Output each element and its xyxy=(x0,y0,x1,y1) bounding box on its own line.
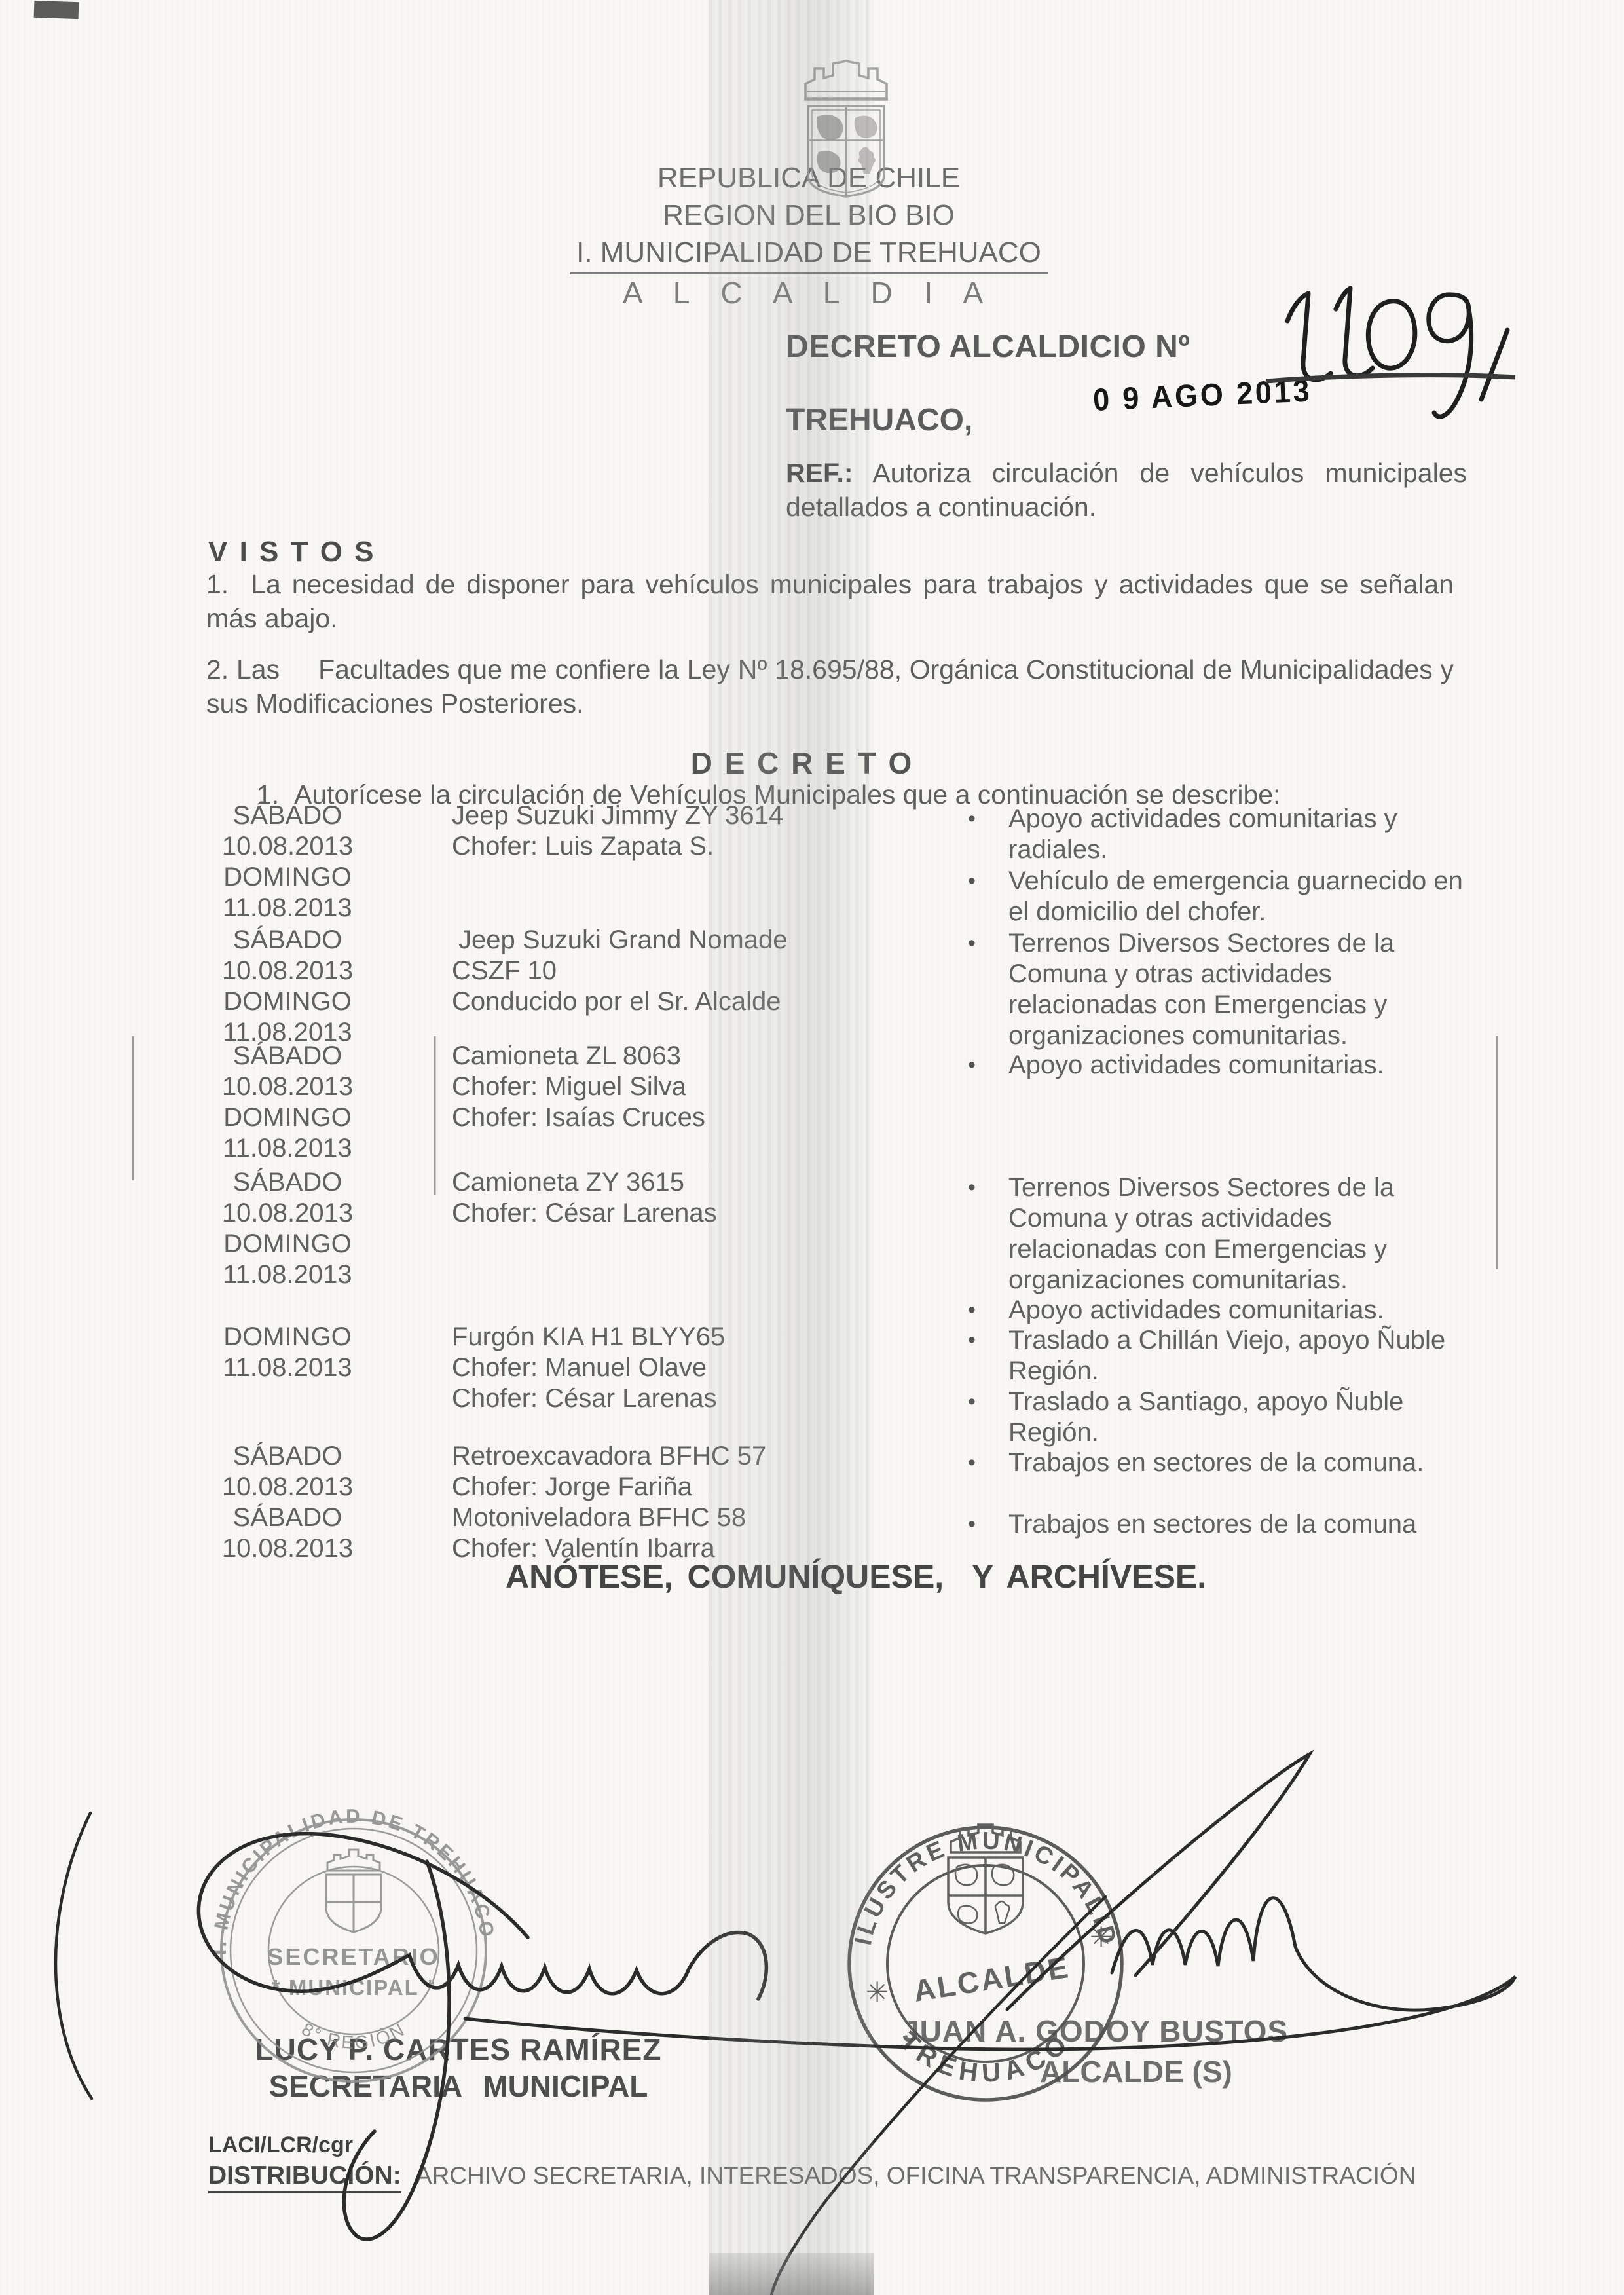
schedule-row-1-vehicle: Jeep Suzuki Jimmy ZY 3614 Chofer: Luis Z… xyxy=(452,800,989,862)
header-office: A L C A L D I A xyxy=(478,274,1139,312)
date-line: SÁBADO xyxy=(215,1441,360,1472)
decree-title: DECRETO ALCALDICIO Nº xyxy=(786,329,1190,365)
date-line: SÁBADO xyxy=(215,925,360,956)
task-item: • Apoyo actividades comunitarias. xyxy=(968,1050,1480,1081)
date-line: DOMINGO xyxy=(215,1322,360,1353)
date-line: 10.08.2013 xyxy=(215,1072,360,1102)
stamp-ring-text: I. MUNICIPALIDAD DE TREHUACO xyxy=(209,1806,498,1955)
date-line: 11.08.2013 xyxy=(215,1133,360,1164)
task-item: • Traslado a Santiago, apoyo Ñuble Regió… xyxy=(968,1387,1480,1448)
svg-text:I. MUNICIPALIDAD DE TREHUACO: I. MUNICIPALIDAD DE TREHUACO xyxy=(209,1806,498,1955)
secretary-name: LUCY P. CARTES RAMÍREZ xyxy=(236,2032,681,2067)
schedule-row-4-vehicle: Camioneta ZY 3615 Chofer: César Larenas xyxy=(452,1167,989,1229)
bullet-icon: • xyxy=(968,928,1008,1051)
date-line: 11.08.2013 xyxy=(215,1259,360,1290)
date-line: SÁBADO xyxy=(215,1167,360,1198)
stamp-center-line1: SECRETARIO xyxy=(267,1943,439,1970)
vehicle-line: Furgón KIA H1 BLYY65 xyxy=(452,1322,989,1353)
date-line: 10.08.2013 xyxy=(215,831,360,862)
bullet-icon: • xyxy=(968,804,1008,865)
decree-document-page: REPUBLICA DE CHILE REGION DEL BIO BIO I.… xyxy=(0,0,1624,2295)
date-line: 10.08.2013 xyxy=(215,1198,360,1229)
decree-reference: REF.: Autoriza circulación de vehículos … xyxy=(786,456,1467,524)
vistos-heading: V I S T O S xyxy=(208,536,376,569)
date-line: 10.08.2013 xyxy=(215,956,360,986)
bullet-icon: • xyxy=(968,1387,1008,1448)
stamp-star-icon: ✳ xyxy=(866,1977,889,2007)
header-municipality: I. MUNICIPALIDAD DE TREHUACO xyxy=(570,234,1048,274)
vehicle-line: Chofer: Miguel Silva xyxy=(452,1072,989,1102)
document-header: REPUBLICA DE CHILE REGION DEL BIO BIO I.… xyxy=(478,159,1139,312)
schedule-row-6-vehicle: Retroexcavadora BFHC 57 Chofer: Jorge Fa… xyxy=(452,1441,989,1502)
vehicle-line: CSZF 10 xyxy=(452,956,989,986)
ref-label: REF.: xyxy=(786,458,853,488)
scan-corner-artifact xyxy=(34,1,79,19)
scan-crease-band-bottom xyxy=(709,2253,874,2295)
date-line: DOMINGO xyxy=(215,986,360,1017)
date-line: DOMINGO xyxy=(215,862,360,893)
decreto-heading: D E C R E T O xyxy=(671,745,933,781)
bullet-icon: • xyxy=(968,1050,1008,1081)
vehicle-line: Jeep Suzuki Jimmy ZY 3614 xyxy=(452,800,989,831)
bullet-icon: • xyxy=(968,1509,1008,1540)
schedule-row-3-dates: SÁBADO 10.08.2013 DOMINGO 11.08.2013 xyxy=(215,1041,360,1164)
date-line: 11.08.2013 xyxy=(215,1353,360,1383)
date-line: SÁBADO xyxy=(215,1502,360,1533)
decree-place: TREHUACO, xyxy=(786,402,972,438)
date-received-stamp: 0 9 AGO 2013 xyxy=(1092,373,1312,419)
ref-text: Autoriza circulación de vehículos munici… xyxy=(786,458,1467,522)
task-item: • Apoyo actividades comunitarias. xyxy=(968,1295,1480,1326)
bullet-icon: • xyxy=(968,1447,1008,1478)
mayor-name: JUAN A. GODOY BUSTOS xyxy=(902,2013,1288,2049)
mayor-title: ALCALDE (S) xyxy=(1040,2054,1232,2089)
date-line: DOMINGO xyxy=(215,1102,360,1133)
vistos-item-2: 2. Las Facultades que me confiere la Ley… xyxy=(206,652,1454,720)
vistos-item-1: 1. La necesidad de disponer para vehícul… xyxy=(206,567,1454,635)
schedule-row-2-vehicle: Jeep Suzuki Grand Nomade CSZF 10 Conduci… xyxy=(452,925,989,1017)
stamp-center-text: ALCALDE xyxy=(911,1950,1072,2008)
vehicle-line: Chofer: Jorge Fariña xyxy=(452,1472,989,1502)
task-item: • Trabajos en sectores de la comuna xyxy=(968,1509,1480,1540)
secretary-title: SECRETARIA MUNICIPAL xyxy=(236,2068,681,2104)
schedule-row-7-vehicle: Motoniveladora BFHC 58 Chofer: Valentín … xyxy=(452,1502,989,1564)
distribution-text: ARCHIVO SECRETARIA, INTERESADOS, OFICINA… xyxy=(416,2162,1416,2189)
date-line: 11.08.2013 xyxy=(215,893,360,924)
bullet-icon: • xyxy=(968,1172,1008,1296)
bullet-icon: • xyxy=(968,866,1008,927)
task-item: • Terrenos Diversos Sectores de la Comun… xyxy=(968,1172,1480,1296)
vehicle-line: Camioneta ZY 3615 xyxy=(452,1167,989,1198)
date-line: SÁBADO xyxy=(215,800,360,831)
header-country: REPUBLICA DE CHILE xyxy=(478,159,1139,196)
vehicle-line: Chofer: César Larenas xyxy=(452,1198,989,1229)
task-item: • Traslado a Chillán Viejo, apoyo Ñuble … xyxy=(968,1325,1480,1387)
closing-formula: ANÓTESE, COMUNÍQUESE, Y ARCHÍVESE. xyxy=(506,1558,1206,1595)
schedule-row-5-vehicle: Furgón KIA H1 BLYY65 Chofer: Manuel Olav… xyxy=(452,1322,989,1414)
vehicle-line: Chofer: Isaías Cruces xyxy=(452,1102,989,1133)
distribution-label: DISTRIBUCIÓN: xyxy=(208,2161,401,2193)
stamp-center-line2: * MUNICIPAL * xyxy=(272,1975,435,2000)
task-item: • Terrenos Diversos Sectores de la Comun… xyxy=(968,928,1480,1051)
vehicle-line: Motoniveladora BFHC 58 xyxy=(452,1502,989,1533)
vehicle-line: Camioneta ZL 8063 xyxy=(452,1041,989,1072)
distribution-line: DISTRIBUCIÓN: ARCHIVO SECRETARIA, INTERE… xyxy=(208,2161,1416,2190)
task-item: • Vehículo de emergencia guarnecido en e… xyxy=(968,866,1480,927)
schedule-row-5-dates: DOMINGO 11.08.2013 xyxy=(215,1322,360,1383)
schedule-row-6-dates: SÁBADO 10.08.2013 xyxy=(215,1441,360,1502)
task-item: • Trabajos en sectores de la comuna. xyxy=(968,1447,1480,1478)
vehicle-line: Chofer: Luis Zapata S. xyxy=(452,831,989,862)
schedule-row-4-dates: SÁBADO 10.08.2013 DOMINGO 11.08.2013 xyxy=(215,1167,360,1290)
schedule-row-2-dates: SÁBADO 10.08.2013 DOMINGO 11.08.2013 xyxy=(215,925,360,1048)
handwritten-decree-number xyxy=(1287,288,1507,417)
vehicle-line: Chofer: Manuel Olave xyxy=(452,1353,989,1383)
date-line: SÁBADO xyxy=(215,1041,360,1072)
typist-initials: LACI/LCR/cgr xyxy=(208,2133,353,2158)
bullet-icon: • xyxy=(968,1295,1008,1326)
vehicle-line: Retroexcavadora BFHC 57 xyxy=(452,1441,989,1472)
vehicle-line: Conducido por el Sr. Alcalde xyxy=(452,986,989,1017)
vehicle-line: Chofer: César Larenas xyxy=(452,1383,989,1414)
vehicle-line: Jeep Suzuki Grand Nomade xyxy=(452,925,989,956)
task-item: • Apoyo actividades comunitarias y radia… xyxy=(968,804,1480,865)
schedule-row-7-dates: SÁBADO 10.08.2013 xyxy=(215,1502,360,1564)
schedule-row-3-vehicle: Camioneta ZL 8063 Chofer: Miguel Silva C… xyxy=(452,1041,989,1133)
header-region: REGION DEL BIO BIO xyxy=(478,196,1139,234)
bullet-icon: • xyxy=(968,1325,1008,1387)
date-line: 10.08.2013 xyxy=(215,1472,360,1502)
date-line: DOMINGO xyxy=(215,1229,360,1259)
schedule-row-1-dates: SÁBADO 10.08.2013 DOMINGO 11.08.2013 xyxy=(215,800,360,924)
stamp-star-icon: ✳ xyxy=(1090,1922,1113,1952)
date-line: 10.08.2013 xyxy=(215,1533,360,1564)
